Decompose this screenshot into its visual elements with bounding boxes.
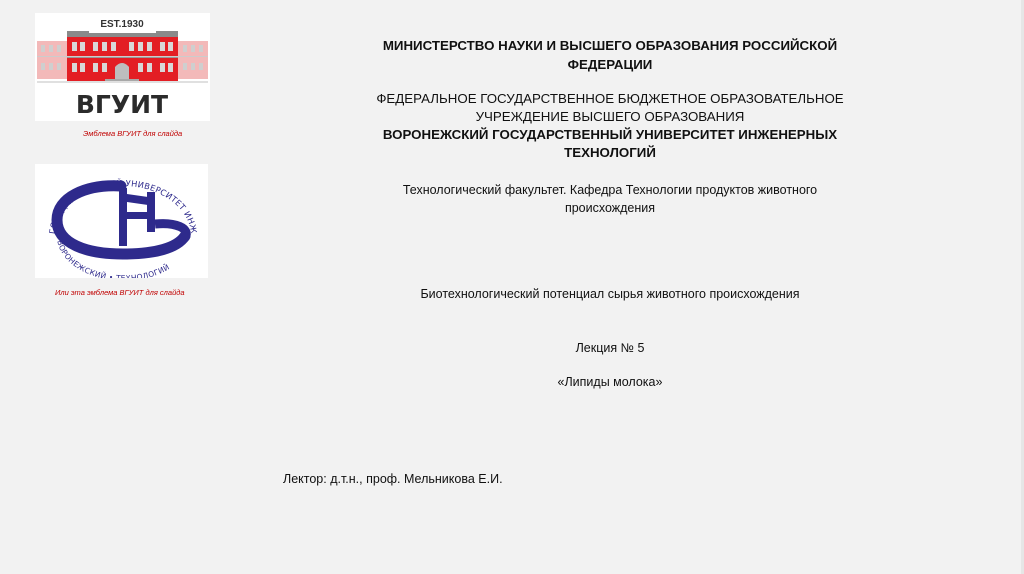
university-line-2: ТЕХНОЛОГИЙ [355,144,865,162]
vguit-building-logo: EST.1930 [35,13,210,121]
svg-text:ВГУИТ: ВГУИТ [76,90,168,119]
logo-caption-alternate: Или эта эмблема ВГУИТ для слайда [55,288,185,298]
faculty-line-2: происхождения [360,199,860,217]
ministry-line-1: МИНИСТЕРСТВО НАУКИ И ВЫСШЕГО ОБРАЗОВАНИЯ… [360,36,860,55]
svg-text:EST.1930: EST.1930 [100,19,144,30]
ministry-heading: МИНИСТЕРСТВО НАУКИ И ВЫСШЕГО ОБРАЗОВАНИЯ… [360,36,860,74]
vguit-ring-logo: ГОСУДАРСТВЕННЫЙ УНИВЕРСИТЕТ ИНЖЕНЕРНЫХ В… [35,164,208,278]
course-title: Биотехнологический потенциал сырья живот… [390,285,830,303]
logo-caption: Эмблема ВГУИТ для слайда [83,129,182,139]
federal-line-2: УЧРЕЖДЕНИЕ ВЫСШЕГО ОБРАЗОВАНИЯ [355,108,865,126]
ministry-line-2: ФЕДЕРАЦИИ [360,55,860,74]
federal-line-1: ФЕДЕРАЛЬНОЕ ГОСУДАРСТВЕННОЕ БЮДЖЕТНОЕ ОБ… [355,90,865,108]
faculty-department: Технологический факультет. Кафедра Техно… [360,181,860,217]
building-emblem-icon: EST.1930 [35,13,210,121]
university-line-1: ВОРОНЕЖСКИЙ ГОСУДАРСТВЕННЫЙ УНИВЕРСИТЕТ … [355,126,865,144]
institution-heading: ФЕДЕРАЛЬНОЕ ГОСУДАРСТВЕННОЕ БЮДЖЕТНОЕ ОБ… [355,90,865,162]
university-emblem-icon: ГОСУДАРСТВЕННЫЙ УНИВЕРСИТЕТ ИНЖЕНЕРНЫХ В… [35,164,208,278]
lecture-title: «Липиды молока» [510,373,710,391]
faculty-line-1: Технологический факультет. Кафедра Техно… [360,181,860,199]
lecture-number: Лекция № 5 [530,339,690,357]
lecturer-name: Лектор: д.т.н., проф. Мельникова Е.И. [283,470,503,488]
slide: EST.1930 [0,0,1024,574]
